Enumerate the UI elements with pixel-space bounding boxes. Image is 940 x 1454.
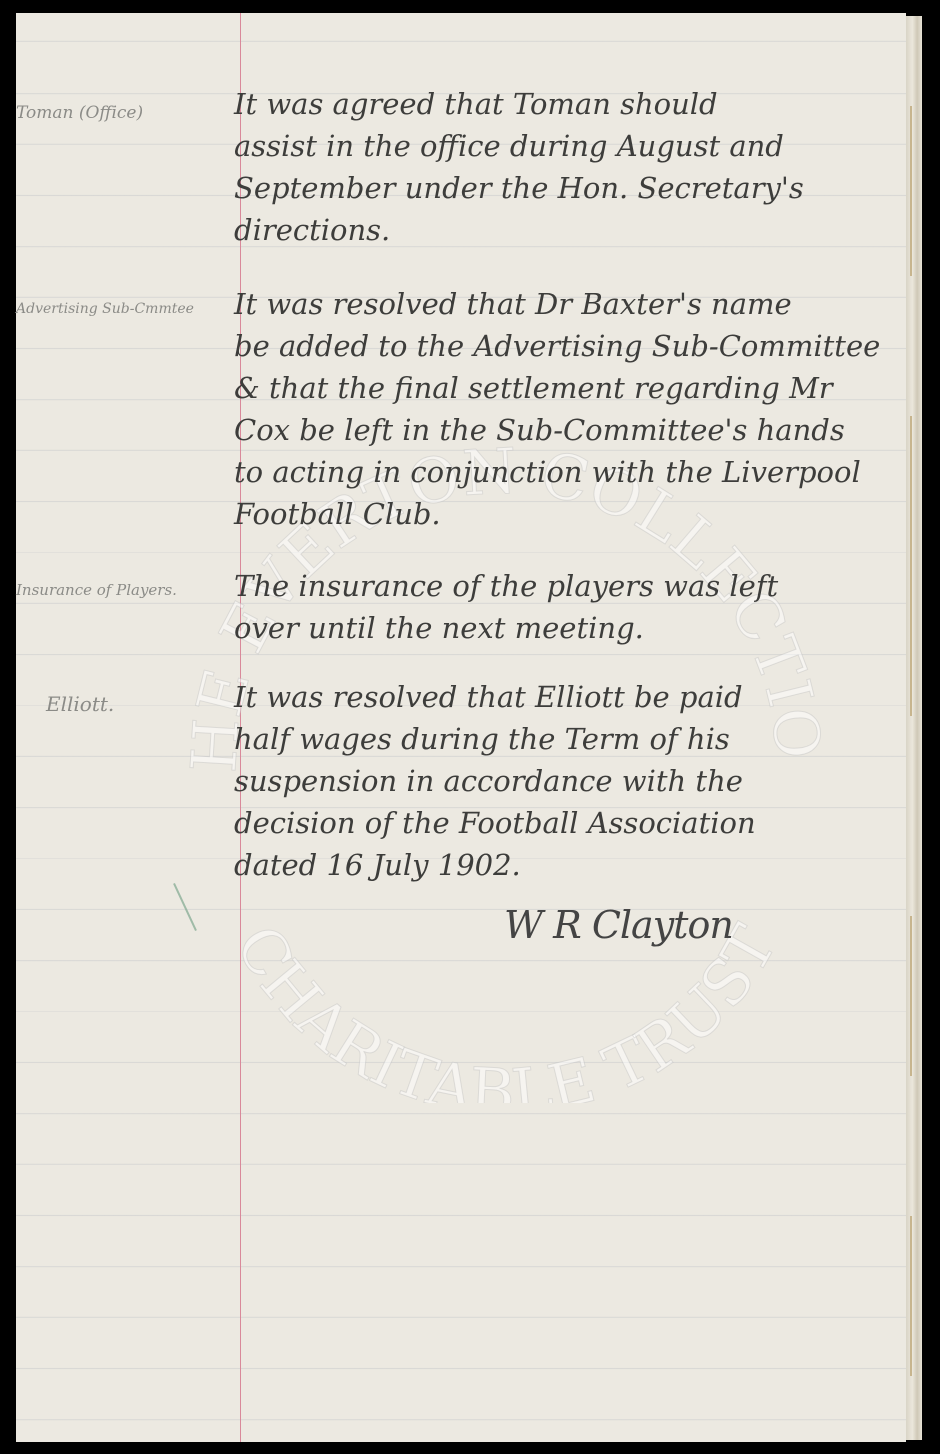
- entry-body: The insurance of the players was left ov…: [234, 565, 894, 649]
- entry-body: It was resolved that Elliott be paid hal…: [234, 676, 894, 886]
- signature: W R Clayton: [504, 903, 733, 947]
- entry-body: It was resolved that Dr Baxter's name be…: [234, 283, 894, 535]
- margin-label: Toman (Office): [16, 103, 226, 123]
- entry-body: It was agreed that Toman should assist i…: [234, 83, 894, 251]
- page-edge: [906, 16, 922, 1440]
- margin-label: Insurance of Players.: [16, 581, 226, 599]
- margin-label: Elliott.: [46, 692, 256, 716]
- margin-label: Advertising Sub-Cmmtee: [16, 301, 226, 317]
- ledger-page: THE EVERTON COLLECTION CHARITABLE TRUST …: [16, 13, 906, 1442]
- pencil-mark: [173, 883, 197, 931]
